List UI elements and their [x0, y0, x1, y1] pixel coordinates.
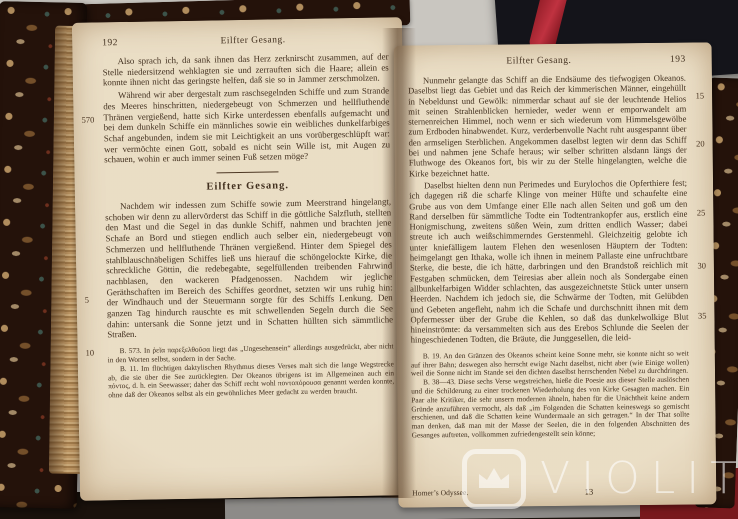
paragraph: Nachdem wir indessen zum Schiffe sowie z… — [105, 196, 393, 340]
verse-line-number: 5 — [85, 295, 89, 305]
left-page-number: 192 — [102, 38, 118, 48]
left-footnotes: B. 573. In ῥεῖα παρεξελθοῦσα liegt das „… — [108, 343, 395, 401]
verse-line-number: 570 — [81, 115, 94, 125]
right-page-number: 193 — [670, 55, 686, 65]
paragraph: Während wir aber dergestalt zum raschseg… — [103, 86, 390, 166]
left-page-content: 192 Eilfter Gesang. Also sprach ich, da … — [72, 17, 410, 501]
canto-heading: Eilfter Gesang. — [105, 178, 391, 194]
verse-line-number: 20 — [696, 138, 705, 148]
verse-line-number: 25 — [697, 207, 706, 217]
right-page-header: Eilfter Gesang. 193 — [408, 55, 686, 68]
verse-line-number: 15 — [696, 90, 705, 100]
paragraph: Nunmehr gelangte das Schiff an die Endsä… — [408, 73, 687, 179]
verse-line-number: 10 — [86, 348, 95, 358]
paragraph: Daselbst hielten denn nun Perimedes und … — [409, 178, 689, 346]
right-page: Eilfter Gesang. 193 Nunmehr gelangte das… — [394, 42, 717, 507]
signature-row: Homer’s Odyssee. 13 — [412, 486, 690, 498]
right-page-content: Eilfter Gesang. 193 Nunmehr gelangte das… — [394, 42, 717, 507]
left-page: 192 Eilfter Gesang. Also sprach ich, da … — [72, 17, 410, 501]
sheet-signature-number: 13 — [585, 487, 594, 497]
section-divider — [216, 171, 278, 173]
running-header-right: Eilfter Gesang. — [408, 55, 670, 68]
left-page-header: 192 Eilfter Gesang. — [102, 33, 388, 48]
paragraph: Also sprach ich, da sank ihnen das Herz … — [102, 51, 389, 88]
signature-title: Homer’s Odyssee. — [412, 488, 468, 498]
verse-line-number: 35 — [698, 310, 707, 320]
book-photo-scene: 192 Eilfter Gesang. Also sprach ich, da … — [0, 0, 738, 519]
running-header-left: Eilfter Gesang. — [118, 33, 388, 48]
verse-line-number: 30 — [697, 260, 706, 270]
footnote: B. 11. Im flüchtigen daktylischen Rhythm… — [108, 360, 395, 400]
right-footnotes: B. 19. An den Gränzen des Okeanos schein… — [411, 349, 690, 440]
footnote: B. 38—43. Diese sechs Verse wegstreichen… — [411, 376, 690, 440]
